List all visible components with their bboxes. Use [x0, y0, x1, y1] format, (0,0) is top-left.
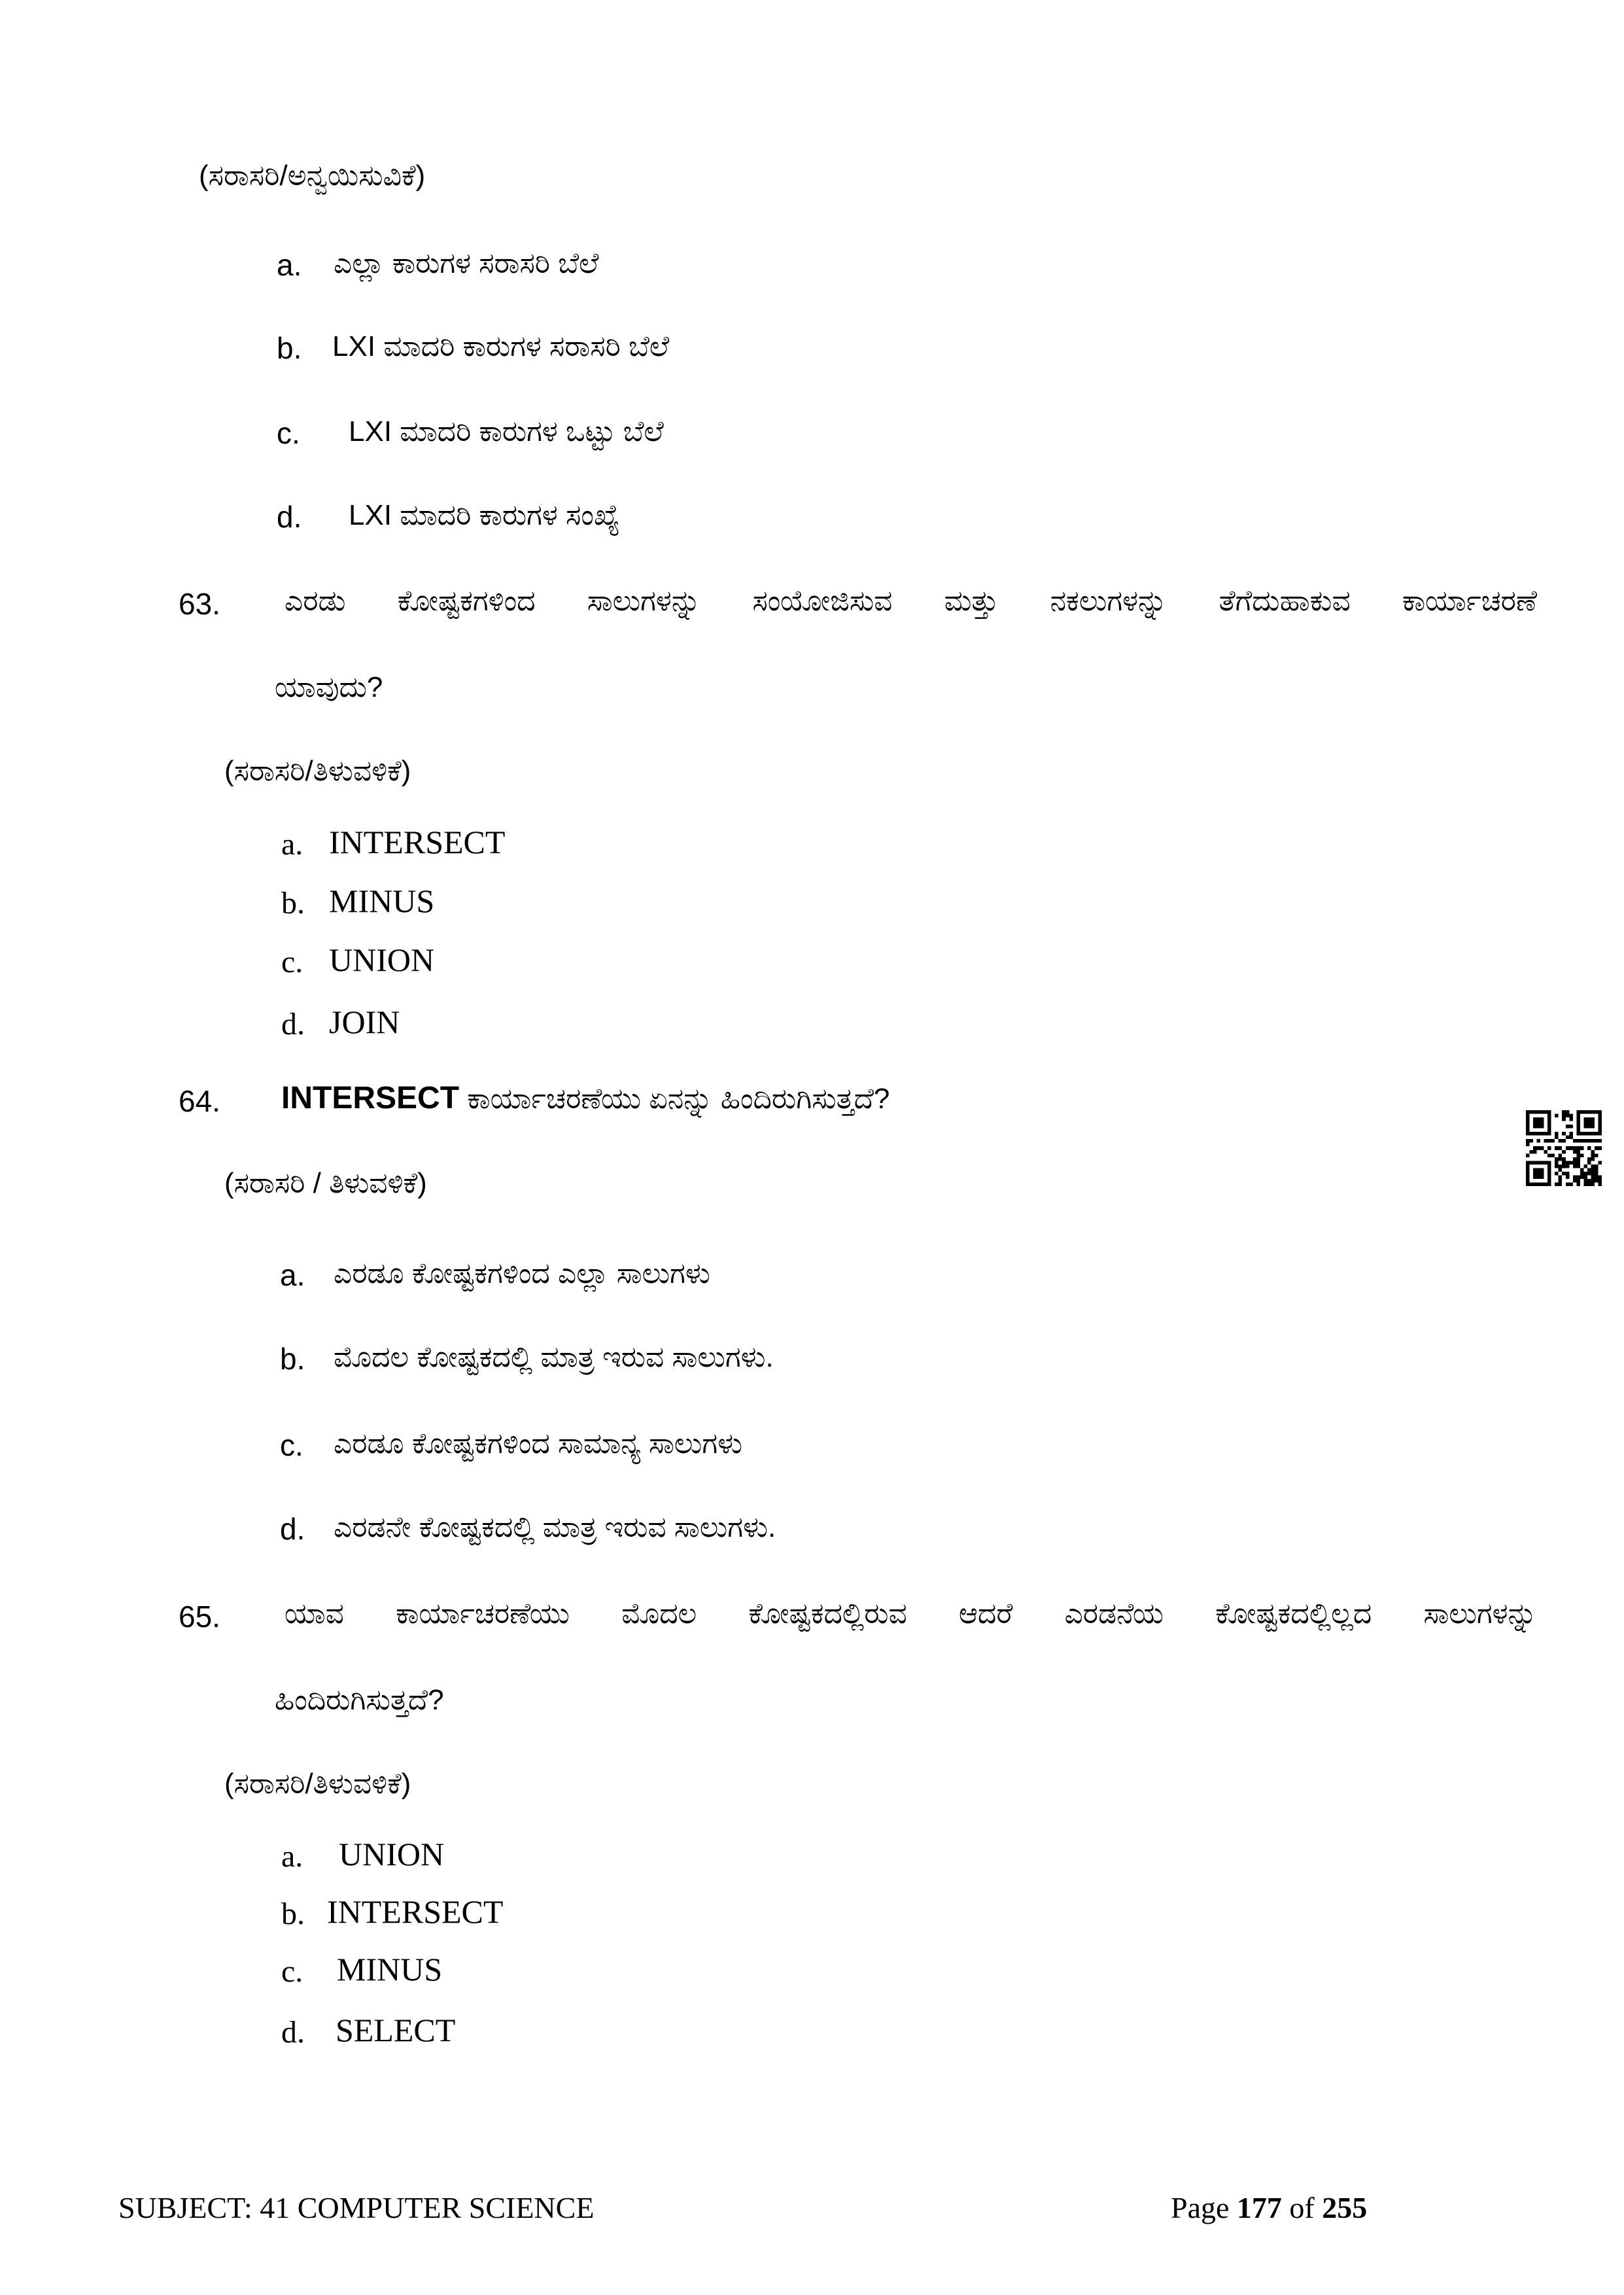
option-letter: c.	[277, 417, 300, 449]
word: ಎರಡನೆಯ	[1065, 1595, 1164, 1633]
option-text: ಎರಡೂ ಕೋಷ್ಟಕಗಳಿಂದ ಸಾಮಾನ್ಯ ಸಾಲುಗಳು	[334, 1425, 742, 1463]
option-letter: d.	[280, 1513, 305, 1545]
option-text: LXI ಮಾದರಿ ಕಾರುಗಳ ಸಂಖ್ಯೆ	[349, 497, 620, 534]
option-text: UNION	[339, 1836, 444, 1872]
option-text: JOIN	[329, 1004, 400, 1040]
option-letter: b.	[277, 332, 302, 364]
question-63-category-label: (ಸರಾಸರಿ/ತಿಳುವಳಿಕೆ)	[224, 752, 411, 790]
word: ಮೊದಲ	[621, 1595, 697, 1633]
question-64-number: 64.	[179, 1085, 220, 1117]
word: ಕಾರ್ಯಾಚರಣೆಯು	[396, 1595, 570, 1633]
question-64-text: INTERSECT ಕಾರ್ಯಾಚರಣೆಯು ಏನನ್ನು ಹಿಂದಿರುಗಿಸ…	[281, 1079, 890, 1118]
option-letter: a.	[277, 249, 302, 281]
option-text: MINUS	[329, 883, 434, 919]
question-63-number: 63.	[179, 587, 220, 620]
question-65-number: 65.	[179, 1600, 220, 1633]
question-64-text-kannada: ಕಾರ್ಯಾಚರಣೆಯು ಏನನ್ನು ಹಿಂದಿರುಗಿಸುತ್ತದೆ?	[467, 1083, 890, 1115]
option-letter: c.	[280, 1429, 303, 1462]
question-64-keyword: INTERSECT	[281, 1081, 459, 1115]
question-65-text-line-1: ಯಾವಕಾರ್ಯಾಚರಣೆಯುಮೊದಲಕೋಷ್ಟಕದಲ್ಲಿರುವಆದರೆಎರಡ…	[285, 1595, 1537, 1633]
option-letter: a.	[281, 828, 303, 862]
qr-code	[1525, 1110, 1602, 1186]
footer-page-word: Page	[1171, 2191, 1229, 2224]
option-letter: d.	[277, 500, 302, 533]
word: ಯಾವ	[285, 1595, 344, 1633]
option-text: ಎರಡನೇ ಕೋಷ್ಟಕದಲ್ಲಿ ಮಾತ್ರ ಇರುವ ಸಾಲುಗಳು.	[334, 1509, 776, 1547]
word: ಕಾರ್ಯಾಚರಣೆ	[1402, 582, 1537, 620]
option-text: MINUS	[337, 1952, 442, 1987]
word: ಕೋಷ್ಟಕದಲ್ಲಿರುವ	[748, 1595, 907, 1633]
option-letter: b.	[280, 1342, 305, 1375]
word: ಸಾಲುಗಳನ್ನು	[1423, 1595, 1537, 1633]
option-text: LXI ಮಾದರಿ ಕಾರುಗಳ ಒಟ್ಟು ಬೆಲೆ	[349, 413, 664, 451]
option-text: ಮೊದಲ ಕೋಷ್ಟಕದಲ್ಲಿ ಮಾತ್ರ ಇರುವ ಸಾಲುಗಳು.	[334, 1339, 774, 1376]
option-letter: c.	[281, 1955, 303, 1989]
footer-total-pages: 255	[1322, 2191, 1367, 2224]
option-letter: c.	[281, 945, 303, 979]
option-text: SELECT	[336, 2012, 455, 2048]
word: ಸಂಯೋಜಿಸುವ	[752, 582, 892, 620]
footer-page-number: 177	[1237, 2191, 1282, 2224]
word: ನಕಲುಗಳನ್ನು	[1050, 582, 1167, 620]
footer-page-indicator: Page 177 of 255	[1171, 2192, 1367, 2224]
footer-subject: SUBJECT: 41 COMPUTER SCIENCE	[118, 2192, 594, 2224]
option-text: LXI ಮಾದರಿ ಕಾರುಗಳ ಸರಾಸರಿ ಬೆಲೆ	[332, 328, 669, 366]
footer-of-word: of	[1289, 2191, 1314, 2224]
option-letter: d.	[281, 1007, 305, 1042]
word: ಮತ್ತು	[944, 582, 999, 620]
word: ಎರಡು	[285, 582, 346, 620]
question-paper-page: (ಸರಾಸರಿ/ಅನ್ವಯಿಸುವಿಕೆ) a. ಎಲ್ಲಾ ಕಾರುಗಳ ಸರ…	[0, 0, 1624, 2295]
option-text: INTERSECT	[329, 824, 505, 860]
word: ಆದರೆ	[959, 1595, 1013, 1633]
option-letter: b.	[281, 886, 305, 920]
word: ತೆಗೆದುಹಾಕುವ	[1219, 582, 1351, 620]
word: ಸಾಲುಗಳನ್ನು	[587, 582, 701, 620]
prev-question-category-label: (ಸರಾಸರಿ/ಅನ್ವಯಿಸುವಿಕೆ)	[199, 157, 425, 195]
question-63-text-line-1: ಎರಡುಕೋಷ್ಟಕಗಳಿಂದಸಾಲುಗಳನ್ನುಸಂಯೋಜಿಸುವಮತ್ತುನ…	[285, 582, 1537, 620]
word: ಕೋಷ್ಟಕದಲ್ಲಿಲ್ಲದ	[1215, 1595, 1372, 1633]
option-text: INTERSECT	[327, 1894, 503, 1929]
option-letter: b.	[281, 1897, 305, 1931]
option-text: ಎಲ್ಲಾ ಕಾರುಗಳ ಸರಾಸರಿ ಬೆಲೆ	[334, 245, 598, 283]
option-text: UNION	[329, 942, 434, 977]
question-65-category-label: (ಸರಾಸರಿ/ತಿಳುವಳಿಕೆ)	[224, 1765, 411, 1803]
question-65-text-line-2: ಹಿಂದಿರುಗಿಸುತ್ತದೆ?	[275, 1681, 444, 1719]
word: ಕೋಷ್ಟಕಗಳಿಂದ	[398, 582, 536, 620]
qr-code-image	[1525, 1110, 1602, 1186]
question-63-text-line-2: ಯಾವುದು?	[275, 669, 383, 707]
option-letter: d.	[281, 2016, 305, 2050]
option-text: ಎರಡೂ ಕೋಷ್ಟಕಗಳಿಂದ ಎಲ್ಲಾ ಸಾಲುಗಳು	[334, 1255, 710, 1293]
question-64-category-label: (ಸರಾಸರಿ / ತಿಳುವಳಿಕೆ)	[224, 1165, 427, 1202]
option-letter: a.	[280, 1259, 305, 1291]
option-letter: a.	[281, 1840, 303, 1874]
